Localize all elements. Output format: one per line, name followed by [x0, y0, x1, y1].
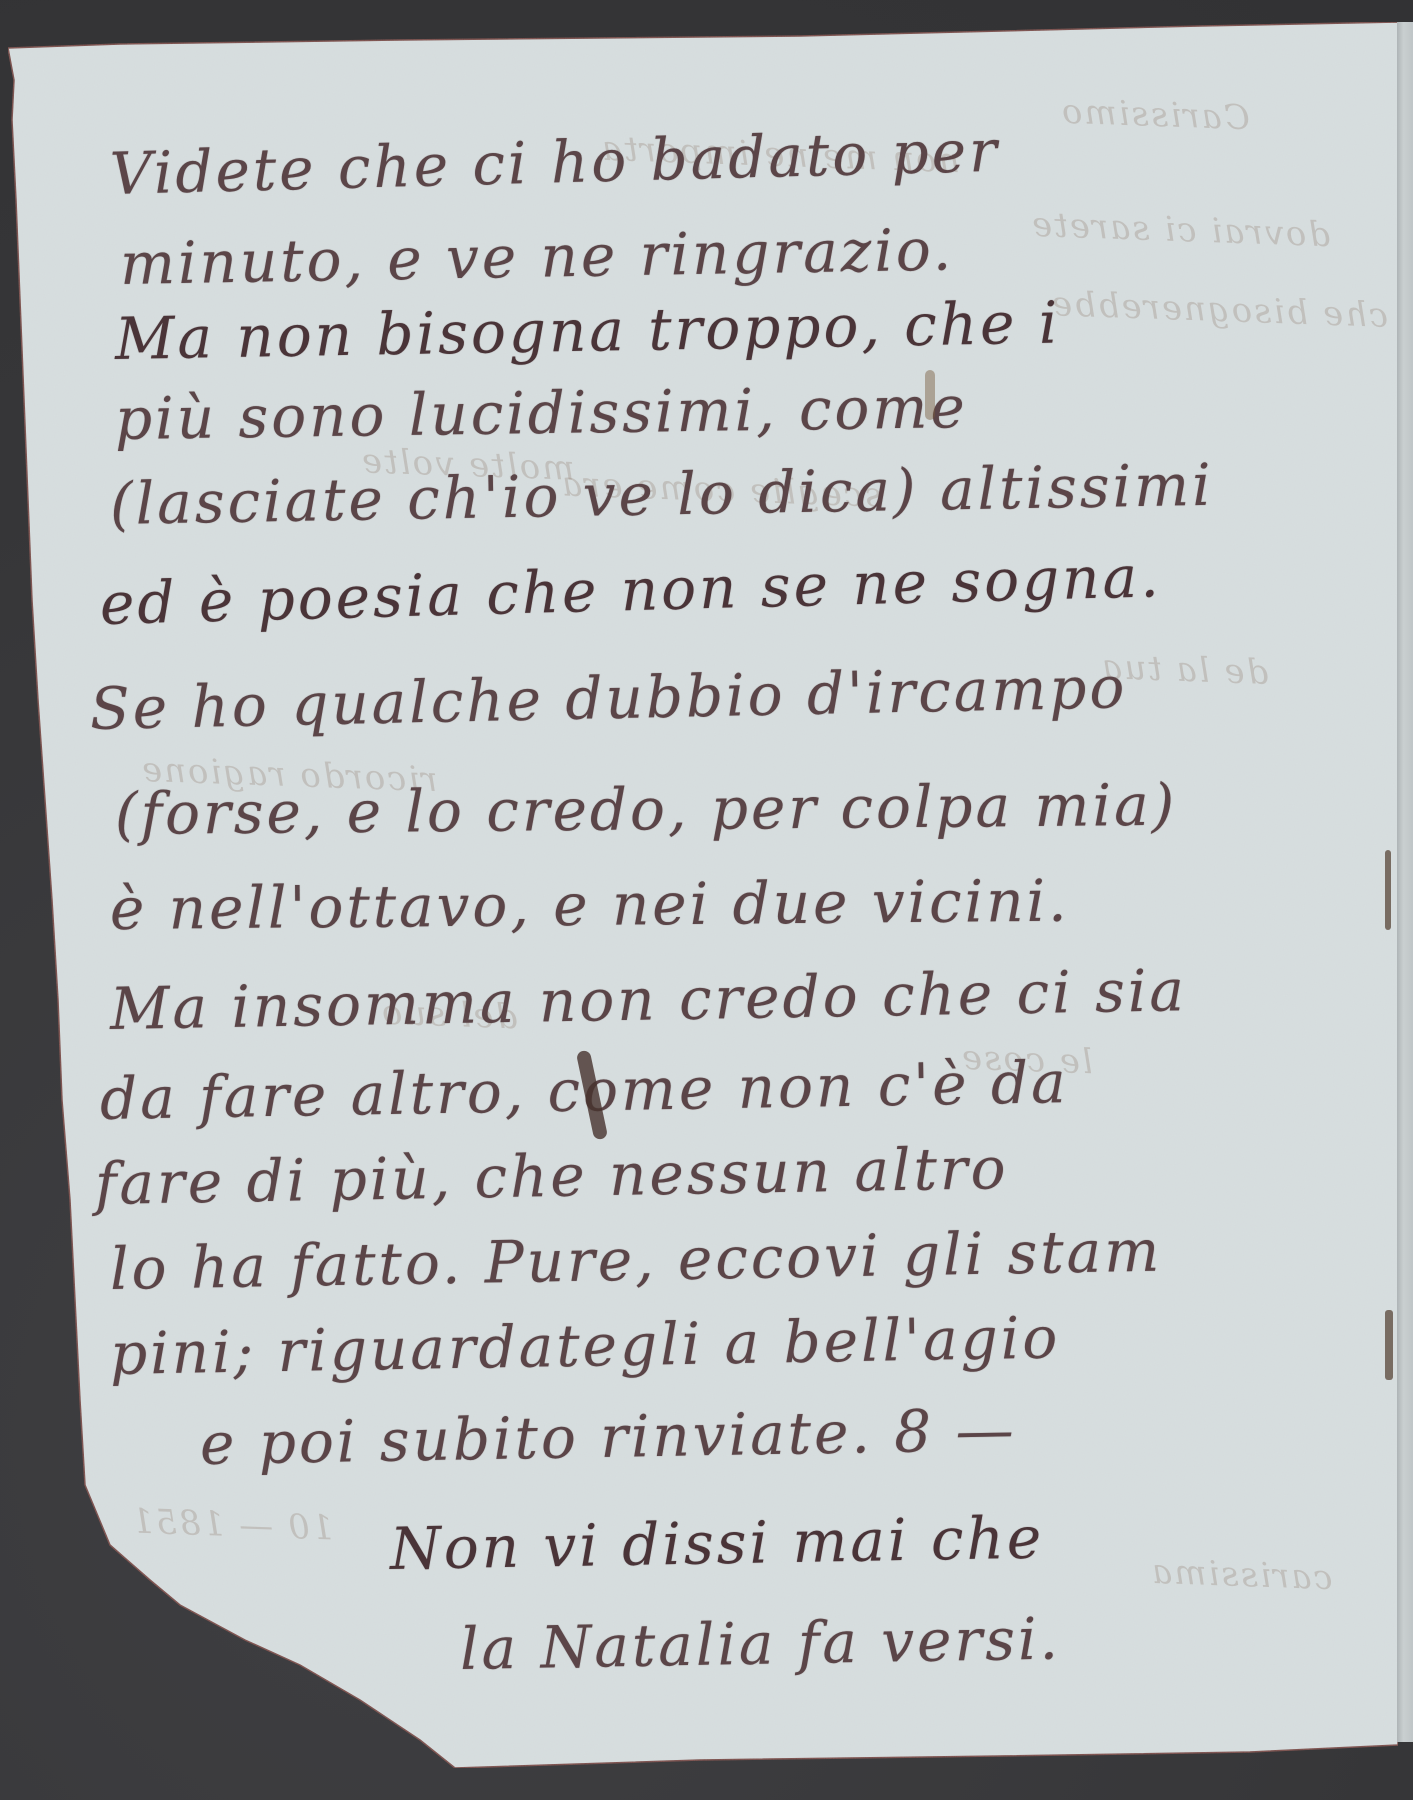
letter-line-2: minuto, e ve ne ringrazio.	[119, 215, 954, 298]
letter-line-16: Non vi dissi mai che	[389, 1504, 1044, 1583]
ink-stain	[925, 370, 935, 420]
letter-line-15: e poi subito rinviate. 8 —	[199, 1396, 1017, 1478]
letter-line-14: pini; riguardateglі a bell'agio	[109, 1303, 1060, 1388]
letter-line-9: è nell'ottavo, e nei due vicini.	[110, 867, 1070, 943]
letter-line-1: Videte che ci ho badato per	[109, 117, 1000, 208]
letter-line-8: (forse, e lo credo, per colpa mia)	[115, 771, 1178, 848]
ink-stain	[1385, 1310, 1393, 1380]
letter-line-7: Se ho qualche dubbio d'ircampo	[89, 653, 1128, 743]
letter-line-5: (lasciate ch'io ve lo dica) altissimi	[109, 451, 1214, 538]
letter-line-3: Ma non bisogna troppo, che i	[114, 289, 1061, 373]
letter-line-12: fare di più, che nessun altro	[94, 1134, 1009, 1218]
ink-stain	[1385, 850, 1391, 930]
letter-line-17: la Natalia fa versi.	[459, 1605, 1061, 1683]
letter-line-13: lo ha fatto. Pure, eccovi gli stam	[109, 1217, 1162, 1303]
letter-line-4: più sono lucidissimi, come	[115, 373, 969, 453]
letter-line-6: ed è poesia che non se ne sogna.	[99, 542, 1162, 638]
letter-line-10: Ma insomma non credo che ci sia	[109, 956, 1187, 1043]
letter-body: Videte che ci ho badato per minuto, e ve…	[0, 0, 1413, 1800]
